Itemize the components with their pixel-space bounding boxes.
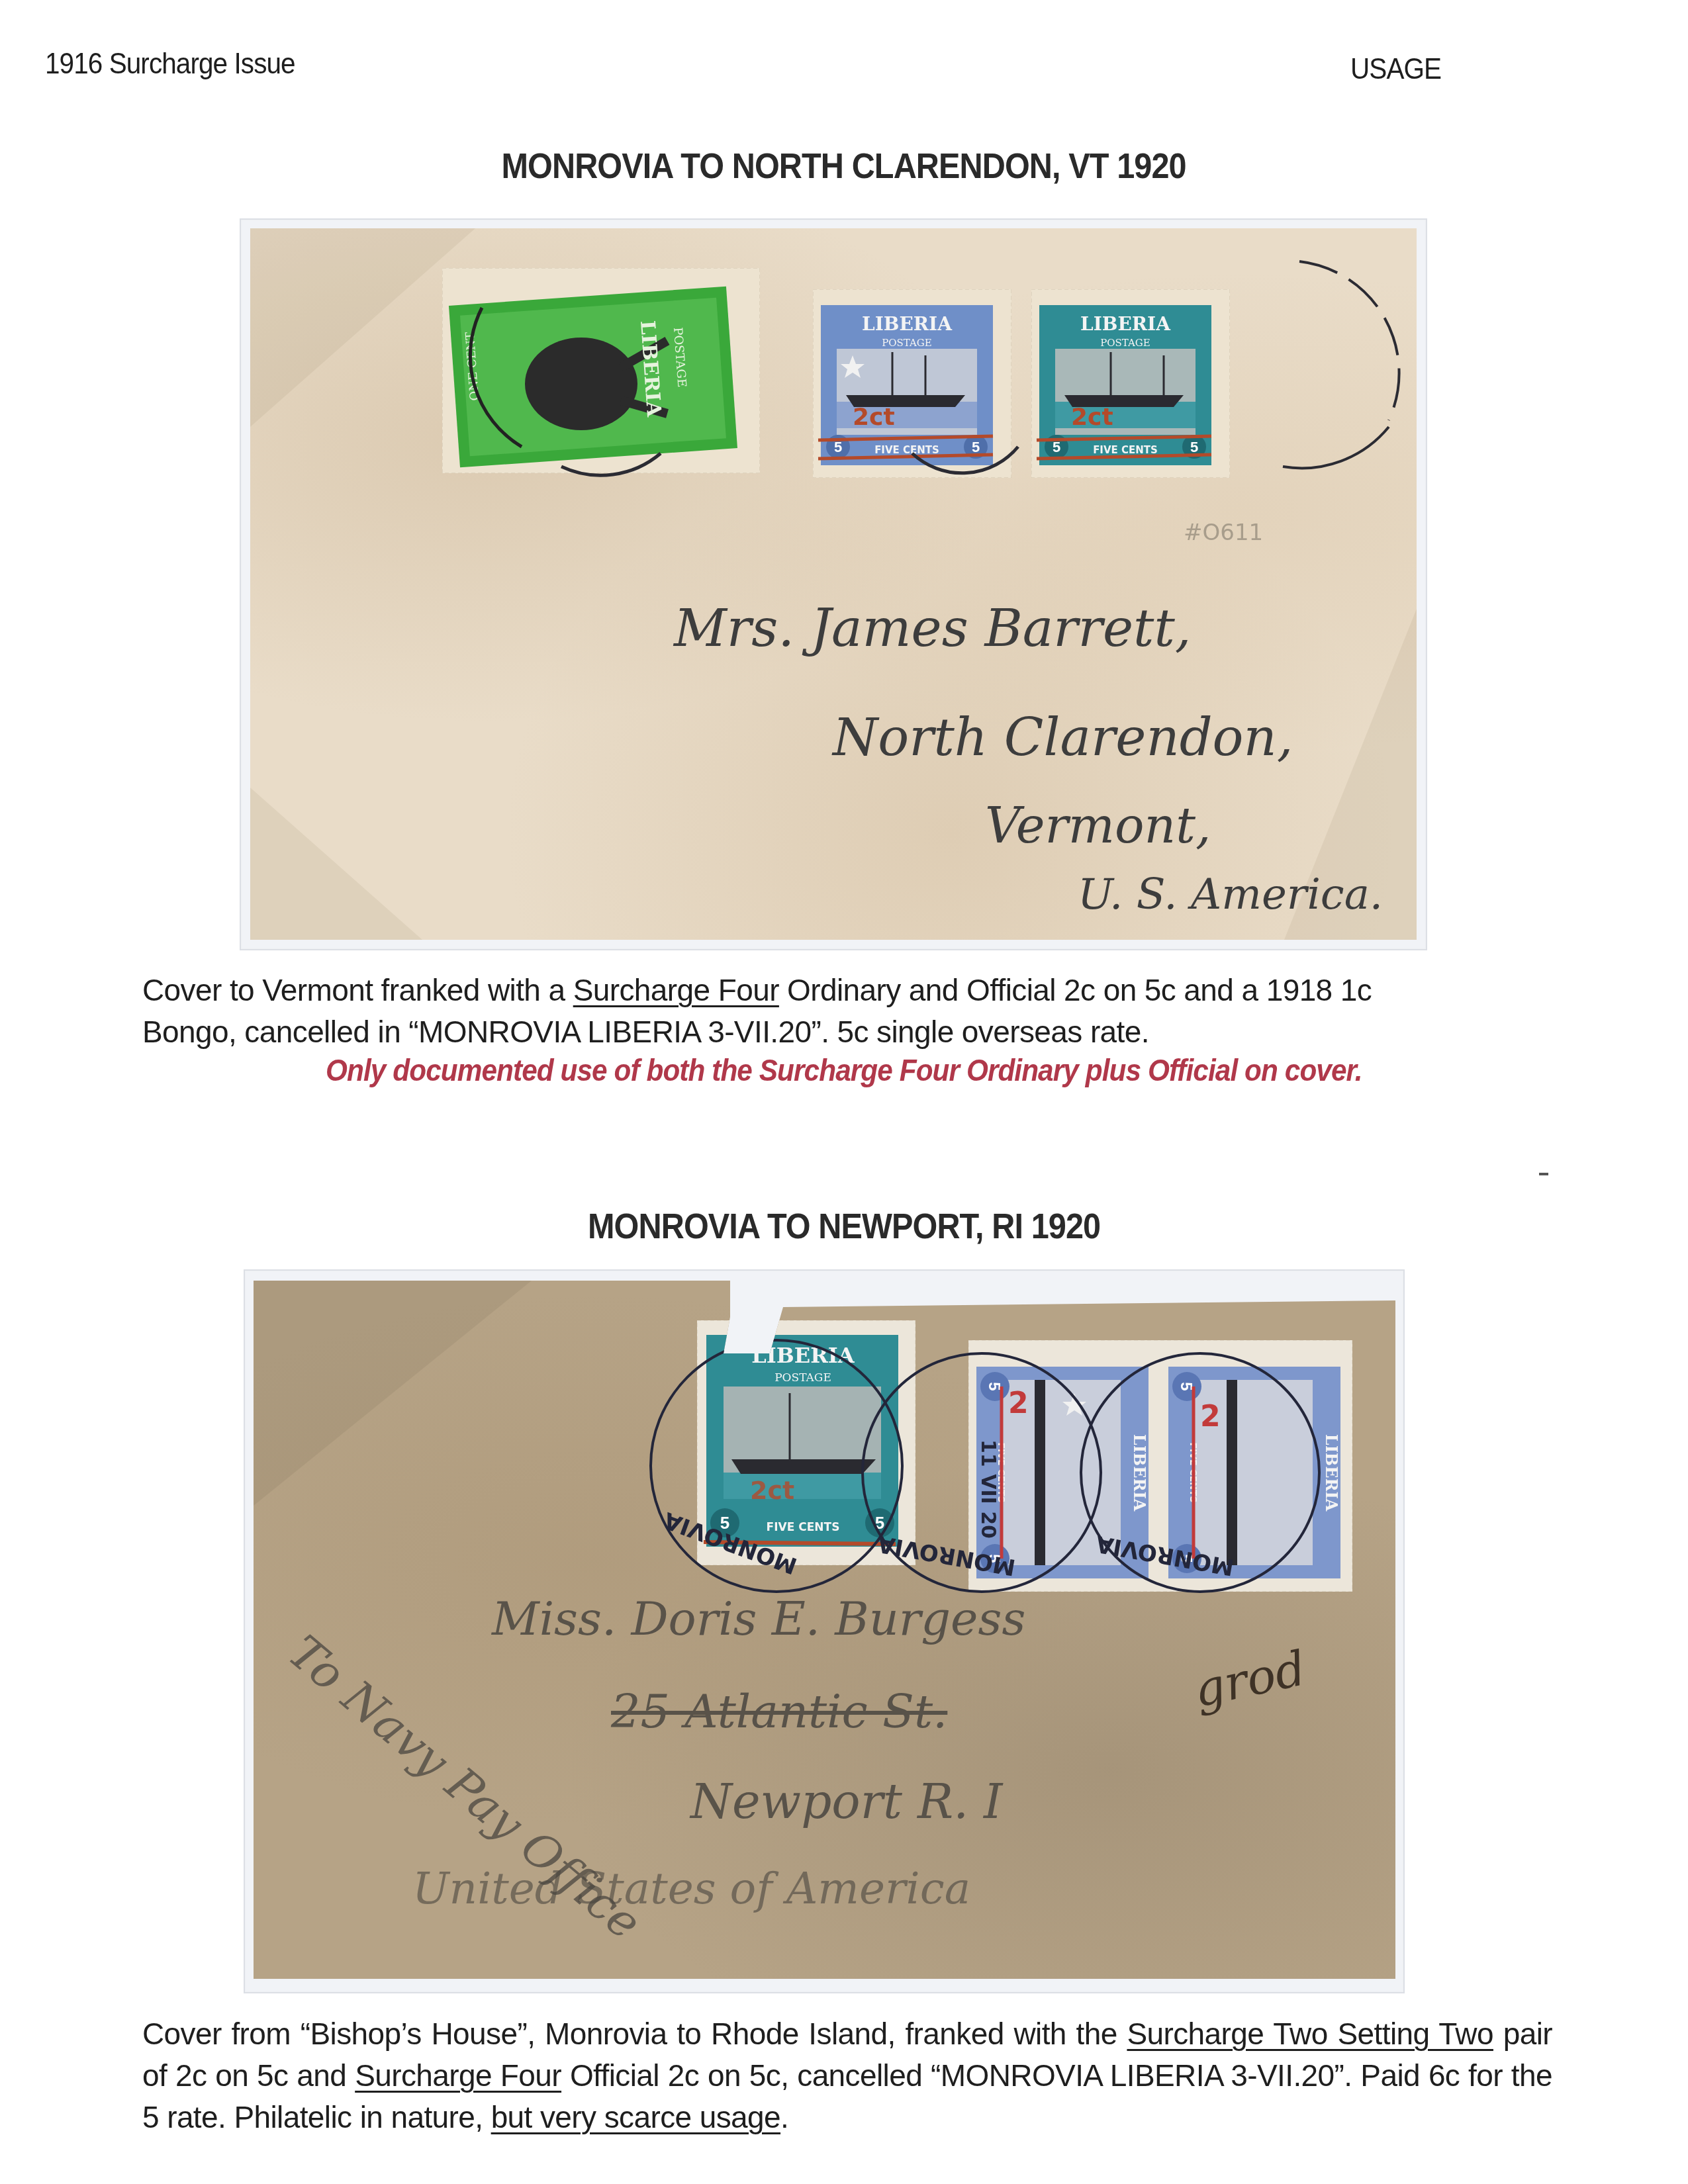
- svg-text:11 VII 20: 11 VII 20: [976, 1439, 1000, 1539]
- address-line-4: U. S. America.: [1078, 870, 1383, 919]
- exhibit-1-cover: POSTAGE LIBERIA ONE CENT LIBERIA POSTAGE…: [250, 228, 1417, 940]
- pencil-note: #O611: [1184, 520, 1263, 546]
- exhibit-1-highlight: Only documented use of both the Surcharg…: [0, 1052, 1688, 1088]
- address-line-1: Miss. Doris E. Burgess: [492, 1592, 1025, 1646]
- exhibit-2-title: MONROVIA TO NEWPORT, RI 1920: [0, 1206, 1688, 1247]
- svg-text:MONROVIA: MONROVIA: [1094, 1530, 1236, 1580]
- exhibit-2-caption: Cover from “Bishop’s House”, Monrovia to…: [142, 2013, 1552, 2138]
- svg-text:MONROVIA: MONROVIA: [660, 1506, 800, 1579]
- address-line-2: North Clarendon,: [833, 708, 1293, 768]
- address-line-1: Mrs. James Barrett,: [674, 599, 1192, 659]
- exhibit-2-cover: LIBERIA POSTAGE FIVE CENTS 5 5 2ct 5 5 L…: [254, 1281, 1395, 1979]
- scan-mark: [1539, 1173, 1548, 1175]
- exhibit-1-caption: Cover to Vermont franked with a Surcharg…: [142, 970, 1552, 1053]
- address-line-2-struck: 25 Atlantic St.: [611, 1684, 947, 1739]
- address-line-4: United States of America: [412, 1863, 970, 1914]
- page-header-right: USAGE: [1350, 53, 1441, 86]
- address-line-3: Vermont,: [985, 797, 1211, 854]
- page-header-left: 1916 Surcharge Issue: [45, 48, 295, 81]
- exhibit-1-title: MONROVIA TO NORTH CLARENDON, VT 1920: [0, 146, 1688, 187]
- cancellation-marks: [250, 228, 1417, 940]
- address-line-3: Newport R. I: [690, 1774, 1002, 1829]
- link-surcharge-four: Surcharge Four: [573, 973, 779, 1007]
